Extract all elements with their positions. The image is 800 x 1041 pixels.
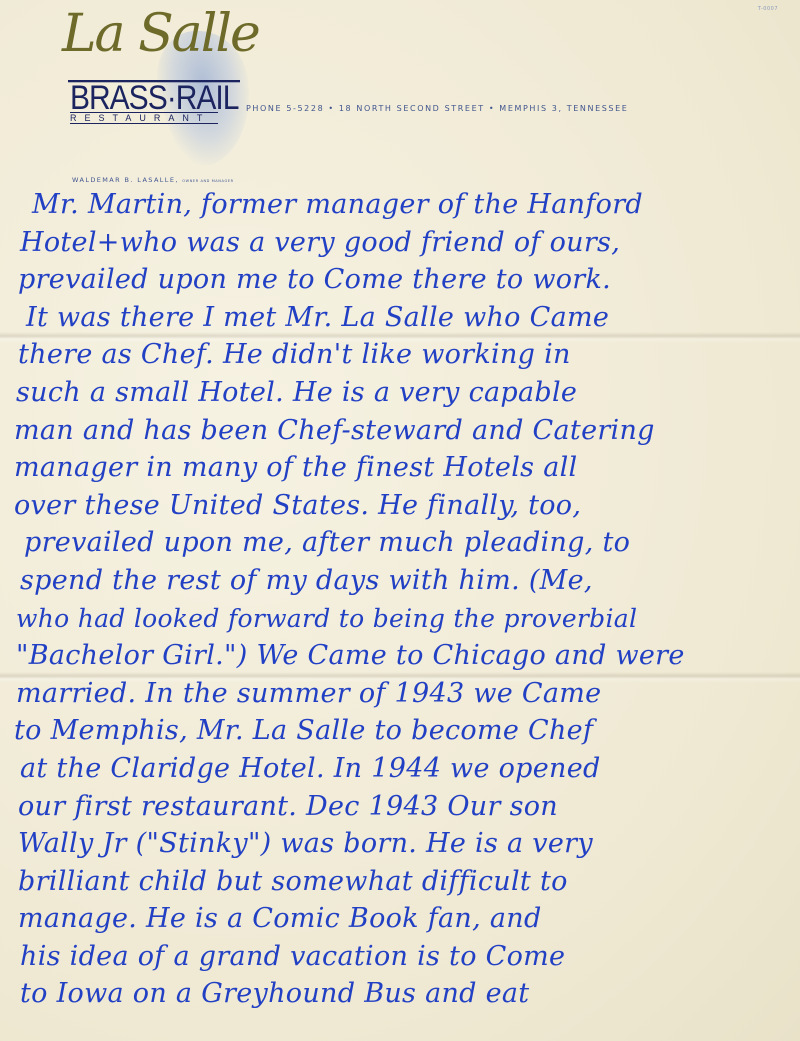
letter-line: man and has been Chef-steward and Cateri… — [14, 412, 794, 450]
letter-line: over these United States. He finally, to… — [14, 487, 794, 525]
letter-line: married. In the summer of 1943 we Came — [14, 675, 794, 713]
letter-line: Wally Jr ("Stinky") was born. He is a ve… — [14, 825, 794, 863]
letterhead-owner: WALDEMAR B. LASALLE, OWNER AND MANAGER — [72, 176, 234, 184]
letter-line: manage. He is a Comic Book fan, and — [14, 900, 794, 938]
letter-line: prevailed upon me, after much pleading, … — [14, 524, 794, 562]
letter-line: who had looked forward to being the prov… — [14, 600, 794, 638]
letter-line: prevailed upon me to Come there to work. — [14, 261, 794, 299]
owner-title: OWNER AND MANAGER — [182, 179, 233, 183]
letter-line: such a small Hotel. He is a very capable — [14, 374, 794, 412]
logo-brand: BRASS·RAIL — [68, 80, 240, 115]
handwritten-letter-body: Mr. Martin, former manager of the Hanfor… — [14, 186, 794, 1013]
letter-line: spend the rest of my days with him. (Me, — [14, 562, 794, 600]
letter-line: to Memphis, Mr. La Salle to become Chef — [14, 712, 794, 750]
letter-line: to Iowa on a Greyhound Bus and eat — [14, 975, 794, 1013]
logo-script-name: La Salle — [62, 8, 259, 60]
letter-line: manager in many of the finest Hotels all — [14, 449, 794, 487]
letter-line: Hotel+who was a very good friend of ours… — [14, 224, 794, 262]
corner-stamp: T-0007 — [758, 6, 778, 12]
owner-name: WALDEMAR B. LASALLE, — [72, 176, 179, 184]
letter-line: brilliant child but somewhat difficult t… — [14, 863, 794, 901]
letter-line: our first restaurant. Dec 1943 Our son — [14, 788, 794, 826]
letter-line: It was there I met Mr. La Salle who Came — [14, 299, 794, 337]
letter-line: Mr. Martin, former manager of the Hanfor… — [14, 186, 794, 224]
letterhead-address: PHONE 5-5228 • 18 NORTH SECOND STREET • … — [246, 104, 628, 113]
letter-line: at the Claridge Hotel. In 1944 we opened — [14, 750, 794, 788]
letter-line: "Bachelor Girl.") We Came to Chicago and… — [14, 637, 794, 675]
letter-line: his idea of a grand vacation is to Come — [14, 938, 794, 976]
letter-line: there as Chef. He didn't like working in — [14, 336, 794, 374]
logo-subbrand: RESTAURANT — [70, 112, 218, 124]
